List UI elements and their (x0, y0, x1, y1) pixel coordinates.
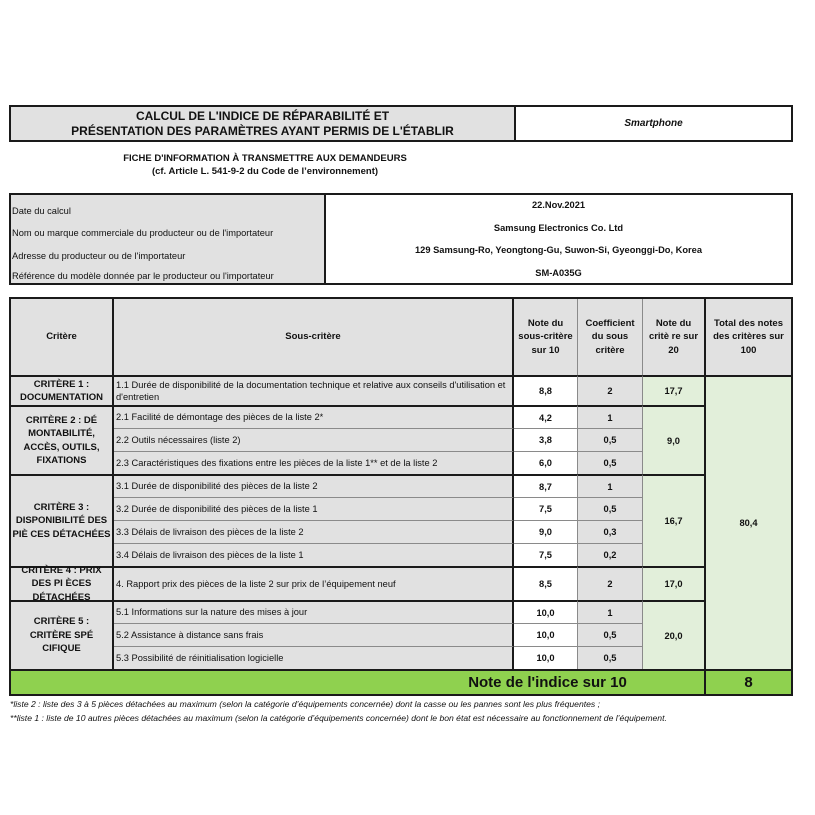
criterion-note: 17,0 (643, 566, 706, 600)
sub-criterion-note: 6,0 (514, 451, 578, 474)
sub-criterion-note: 9,0 (514, 520, 578, 543)
total-score: 80,4 (706, 375, 791, 669)
sub-criterion-label: 4. Rapport prix des pièces de la liste 2… (114, 566, 514, 600)
final-score-label: Note de l'indice sur 10 (11, 669, 706, 694)
criterion-note: 9,0 (643, 405, 706, 474)
sub-criterion-note: 10,0 (514, 600, 578, 623)
sub-criterion-coefficient: 0,5 (578, 623, 643, 646)
sub-criterion-coefficient: 2 (578, 375, 643, 405)
sub-criterion-note: 3,8 (514, 428, 578, 451)
sub-criterion-coefficient: 1 (578, 405, 643, 428)
criterion-note: 20,0 (643, 600, 706, 669)
sub-criterion-coefficient: 0,2 (578, 543, 643, 566)
info-label: Nom ou marque commerciale du producteur … (11, 218, 326, 241)
footnote-liste-2: *liste 2 : liste des 3 à 5 pièces détach… (10, 697, 810, 711)
title-line-1: CALCUL DE L'INDICE DE RÉPARABILITÉ ET (71, 109, 454, 124)
sub-criterion-note: 10,0 (514, 623, 578, 646)
sub-criterion-label: 5.3 Possibilité de réinitialisation logi… (114, 646, 514, 669)
footnotes: *liste 2 : liste des 3 à 5 pièces détach… (10, 697, 810, 725)
info-table: Date du calcul 22.Nov.2021 Nom ou marque… (9, 193, 793, 285)
criterion-name: CRITÈRE 2 : DÉ MONTABILITÉ, ACCÈS, OUTIL… (11, 405, 114, 474)
sub-criterion-coefficient: 0,5 (578, 646, 643, 669)
info-value-date: 22.Nov.2021 (326, 195, 791, 218)
header-note-sous-critere: Note du sous-critère sur 10 (514, 299, 578, 375)
sub-criterion-label: 3.2 Durée de disponibilité des pièces de… (114, 497, 514, 520)
info-row-brand: Nom ou marque commerciale du producteur … (11, 218, 791, 242)
sub-criterion-coefficient: 2 (578, 566, 643, 600)
sub-criterion-label: 3.1 Durée de disponibilité des pièces de… (114, 474, 514, 497)
sub-criterion-note: 8,7 (514, 474, 578, 497)
title-box: CALCUL DE L'INDICE DE RÉPARABILITÉ ET PR… (9, 105, 793, 142)
sub-criterion-note: 10,0 (514, 646, 578, 669)
criteria-table: Critère Sous-critère Note du sous-critèr… (9, 297, 793, 696)
header-sous-critere: Sous-critère (114, 299, 514, 375)
criterion-note: 17,7 (643, 375, 706, 405)
sub-criterion-note: 7,5 (514, 543, 578, 566)
sub-criterion-label: 5.1 Informations sur la nature des mises… (114, 600, 514, 623)
header-note-critere: Note du critè re sur 20 (643, 299, 706, 375)
header-coefficient: Coefficient du sous critère (578, 299, 643, 375)
final-label-text: Note de l'indice sur 10 (468, 674, 627, 691)
document-title: CALCUL DE L'INDICE DE RÉPARABILITÉ ET PR… (11, 107, 516, 140)
footnote-liste-1: **liste 1 : liste de 10 autres pièces dé… (10, 711, 810, 725)
info-label: Adresse du producteur ou de l'importateu… (11, 240, 326, 263)
sub-criterion-coefficient: 1 (578, 600, 643, 623)
final-score: 8 (706, 669, 791, 694)
fiche-line-1: FICHE D'INFORMATION À TRANSMETTRE AUX DE… (0, 152, 530, 165)
header-total: Total des notes des critères sur 100 (706, 299, 791, 375)
info-label: Date du calcul (11, 195, 326, 218)
criterion-name: CRITÈRE 4 : PRIX DES PI ÈCES DÉTACHÉES (11, 566, 114, 600)
sub-criterion-coefficient: 0,5 (578, 428, 643, 451)
criterion-name: CRITÈRE 1 : DOCUMENTATION (11, 375, 114, 405)
info-label: Référence du modèle donnée par le produc… (11, 263, 326, 284)
sub-criterion-note: 7,5 (514, 497, 578, 520)
criterion-note: 16,7 (643, 474, 706, 566)
sub-criterion-label: 2.1 Facilité de démontage des pièces de … (114, 405, 514, 428)
criterion-name: CRITÈRE 5 : CRITÈRE SPÉ CIFIQUE (11, 600, 114, 669)
sub-criterion-note: 4,2 (514, 405, 578, 428)
fiche-line-2: (cf. Article L. 541-9-2 du Code de l’env… (0, 165, 530, 178)
product-category: Smartphone (516, 107, 791, 140)
sub-criterion-label: 3.3 Délais de livraison des pièces de la… (114, 520, 514, 543)
criterion-name: CRITÈRE 3 : DISPONIBILITÉ DES PIÈ CES DÉ… (11, 474, 114, 566)
sub-criterion-label: 2.2 Outils nécessaires (liste 2) (114, 428, 514, 451)
sub-criterion-coefficient: 0,3 (578, 520, 643, 543)
sub-criterion-note: 8,8 (514, 375, 578, 405)
final-value-text: 8 (744, 674, 752, 691)
sub-criterion-label: 2.3 Caractéristiques des fixations entre… (114, 451, 514, 474)
info-value-model: SM-A035G (326, 263, 791, 284)
info-row-date: Date du calcul 22.Nov.2021 (11, 195, 791, 219)
sub-criterion-coefficient: 0,5 (578, 451, 643, 474)
sub-criterion-label: 3.4 Délais de livraison des pièces de la… (114, 543, 514, 566)
info-value-address: 129 Samsung-Ro, Yeongtong-Gu, Suwon-Si, … (326, 240, 791, 263)
info-row-model: Référence du modèle donnée par le produc… (11, 263, 791, 284)
info-value-brand: Samsung Electronics Co. Ltd (326, 218, 791, 241)
sub-criterion-note: 8,5 (514, 566, 578, 600)
sub-criterion-label: 1.1 Durée de disponibilité de la documen… (114, 375, 514, 405)
sub-criterion-coefficient: 0,5 (578, 497, 643, 520)
sub-criterion-coefficient: 1 (578, 474, 643, 497)
title-line-2: PRÉSENTATION DES PARAMÈTRES AYANT PERMIS… (71, 124, 454, 139)
sub-criterion-label: 5.2 Assistance à distance sans frais (114, 623, 514, 646)
fiche-heading: FICHE D'INFORMATION À TRANSMETTRE AUX DE… (0, 152, 530, 178)
info-row-address: Adresse du producteur ou de l'importateu… (11, 240, 791, 264)
header-critere: Critère (11, 299, 114, 375)
